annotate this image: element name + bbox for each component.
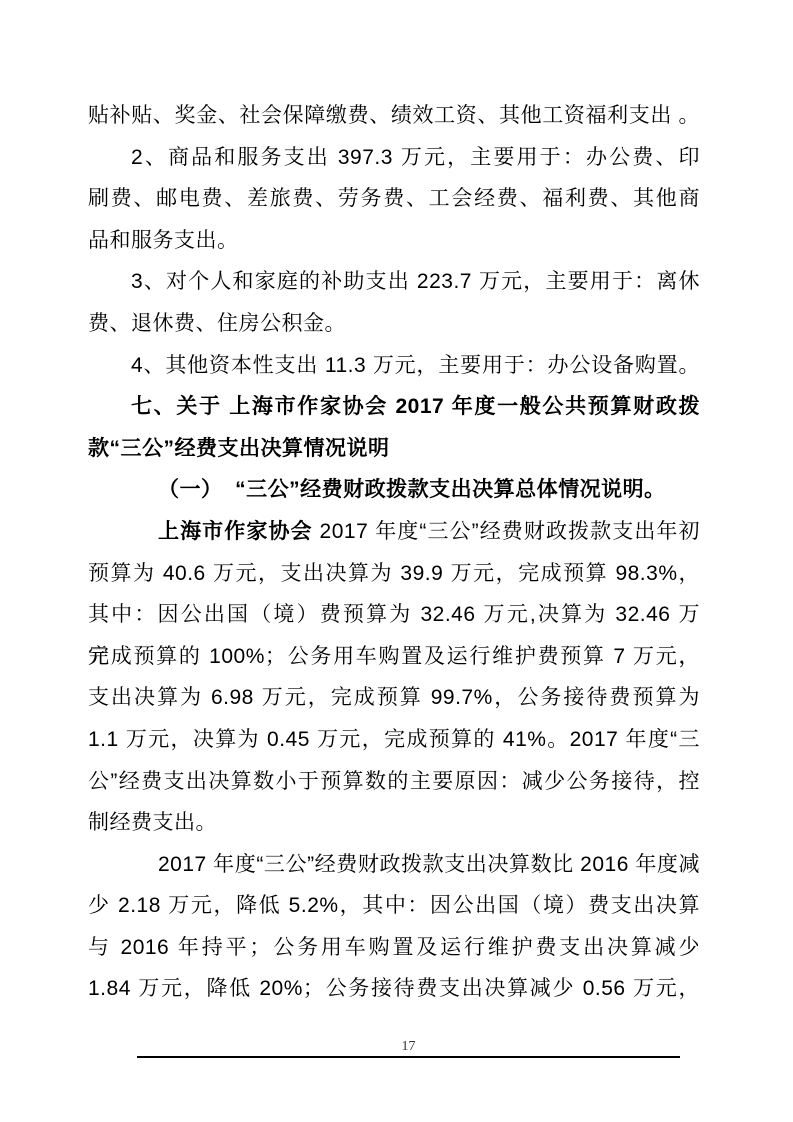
text-line: 刷费、邮电费、差旅费、劳务费、工会经费、福利费、其他商 [88,178,700,220]
footer-rule [137,1056,680,1058]
section-heading-line: 七、关于 上海市作家协会 2017 年度一般公共预算财政拨 [88,386,700,428]
text-line: 4、其他资本性支出 11.3 万元，主要用于：办公设备购置。 [88,345,700,387]
text-line: 预算为 40.6 万元，支出决算为 39.9 万元，完成预算 98.3%， [88,553,700,595]
text-line: 公”经费支出决算数小于预算数的主要原因：减少公务接待，控 [88,761,700,803]
text-line: 完成预算的 100%；公务用车购置及运行维护费预算 7 万元， [88,636,700,678]
org-name-bold: 上海市作家协会 [158,520,313,543]
text-line: 制经费支出。 [88,802,700,844]
text-line: 少 2.18 万元，降低 5.2%，其中：因公出国（境）费支出决算 [88,885,700,927]
text-line: 上海市作家协会 2017 年度“三公”经费财政拨款支出年初 [88,511,700,553]
text-line: 与 2016 年持平；公务用车购置及运行维护费支出决算减少 [88,927,700,969]
page-number: 17 [137,1039,680,1055]
text-line: 2017 年度“三公”经费财政拨款支出决算数比 2016 年度减 [88,844,700,886]
text-line: 费、退休费、住房公积金。 [88,303,700,345]
text-line: 1.1 万元，决算为 0.45 万元，完成预算的 41%。2017 年度“三 [88,719,700,761]
section-heading-line: （一） “三公”经费财政拨款支出决算总体情况说明。 [88,469,700,511]
document-page: 贴补贴、奖金、社会保障缴费、绩效工资、其他工资福利支出 。 2、商品和服务支出 … [0,0,793,1122]
text-line: 支出决算为 6.98 万元，完成预算 99.7%，公务接待费预算为 [88,677,700,719]
text-line: 1.84 万元，降低 20%；公务接待费支出决算减少 0.56 万元， [88,968,700,1010]
text-line: 贴补贴、奖金、社会保障缴费、绩效工资、其他工资福利支出 。 [88,95,700,137]
text-line: 品和服务支出。 [88,220,700,262]
text-line: 其中：因公出国（境）费预算为 32.46 万元,决算为 32.46 万元， [88,594,700,636]
text-line: 2、商品和服务支出 397.3 万元，主要用于：办公费、印 [88,137,700,179]
section-heading-line: 款“三公”经费支出决算情况说明 [88,428,700,470]
text-line-segment: 2017 年度“三公”经费财政拨款支出年初 [313,520,700,543]
text-line: 3、对个人和家庭的补助支出 223.7 万元，主要用于：离休 [88,261,700,303]
document-body: 贴补贴、奖金、社会保障缴费、绩效工资、其他工资福利支出 。 2、商品和服务支出 … [88,95,700,1010]
